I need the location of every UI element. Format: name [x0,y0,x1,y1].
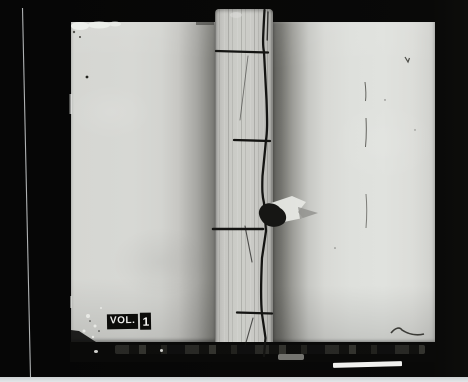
spine-top-highlight [230,12,242,18]
film-edge-scratch [23,8,31,377]
worn-corner-patches [70,22,122,309]
photo-canvas: VOL. 1 [0,0,468,382]
volume-label-number: 1 [140,313,151,330]
surface-scratches [365,57,424,335]
volume-label: VOL. 1 [107,313,152,331]
stitching-threads [213,10,272,356]
tag-shadow [298,207,318,219]
cover-top-edge-wear [196,22,214,25]
volume-label-prefix: VOL. [107,314,139,330]
photo-bottom-margin [0,377,468,382]
photo-detail-overlay [0,0,468,382]
